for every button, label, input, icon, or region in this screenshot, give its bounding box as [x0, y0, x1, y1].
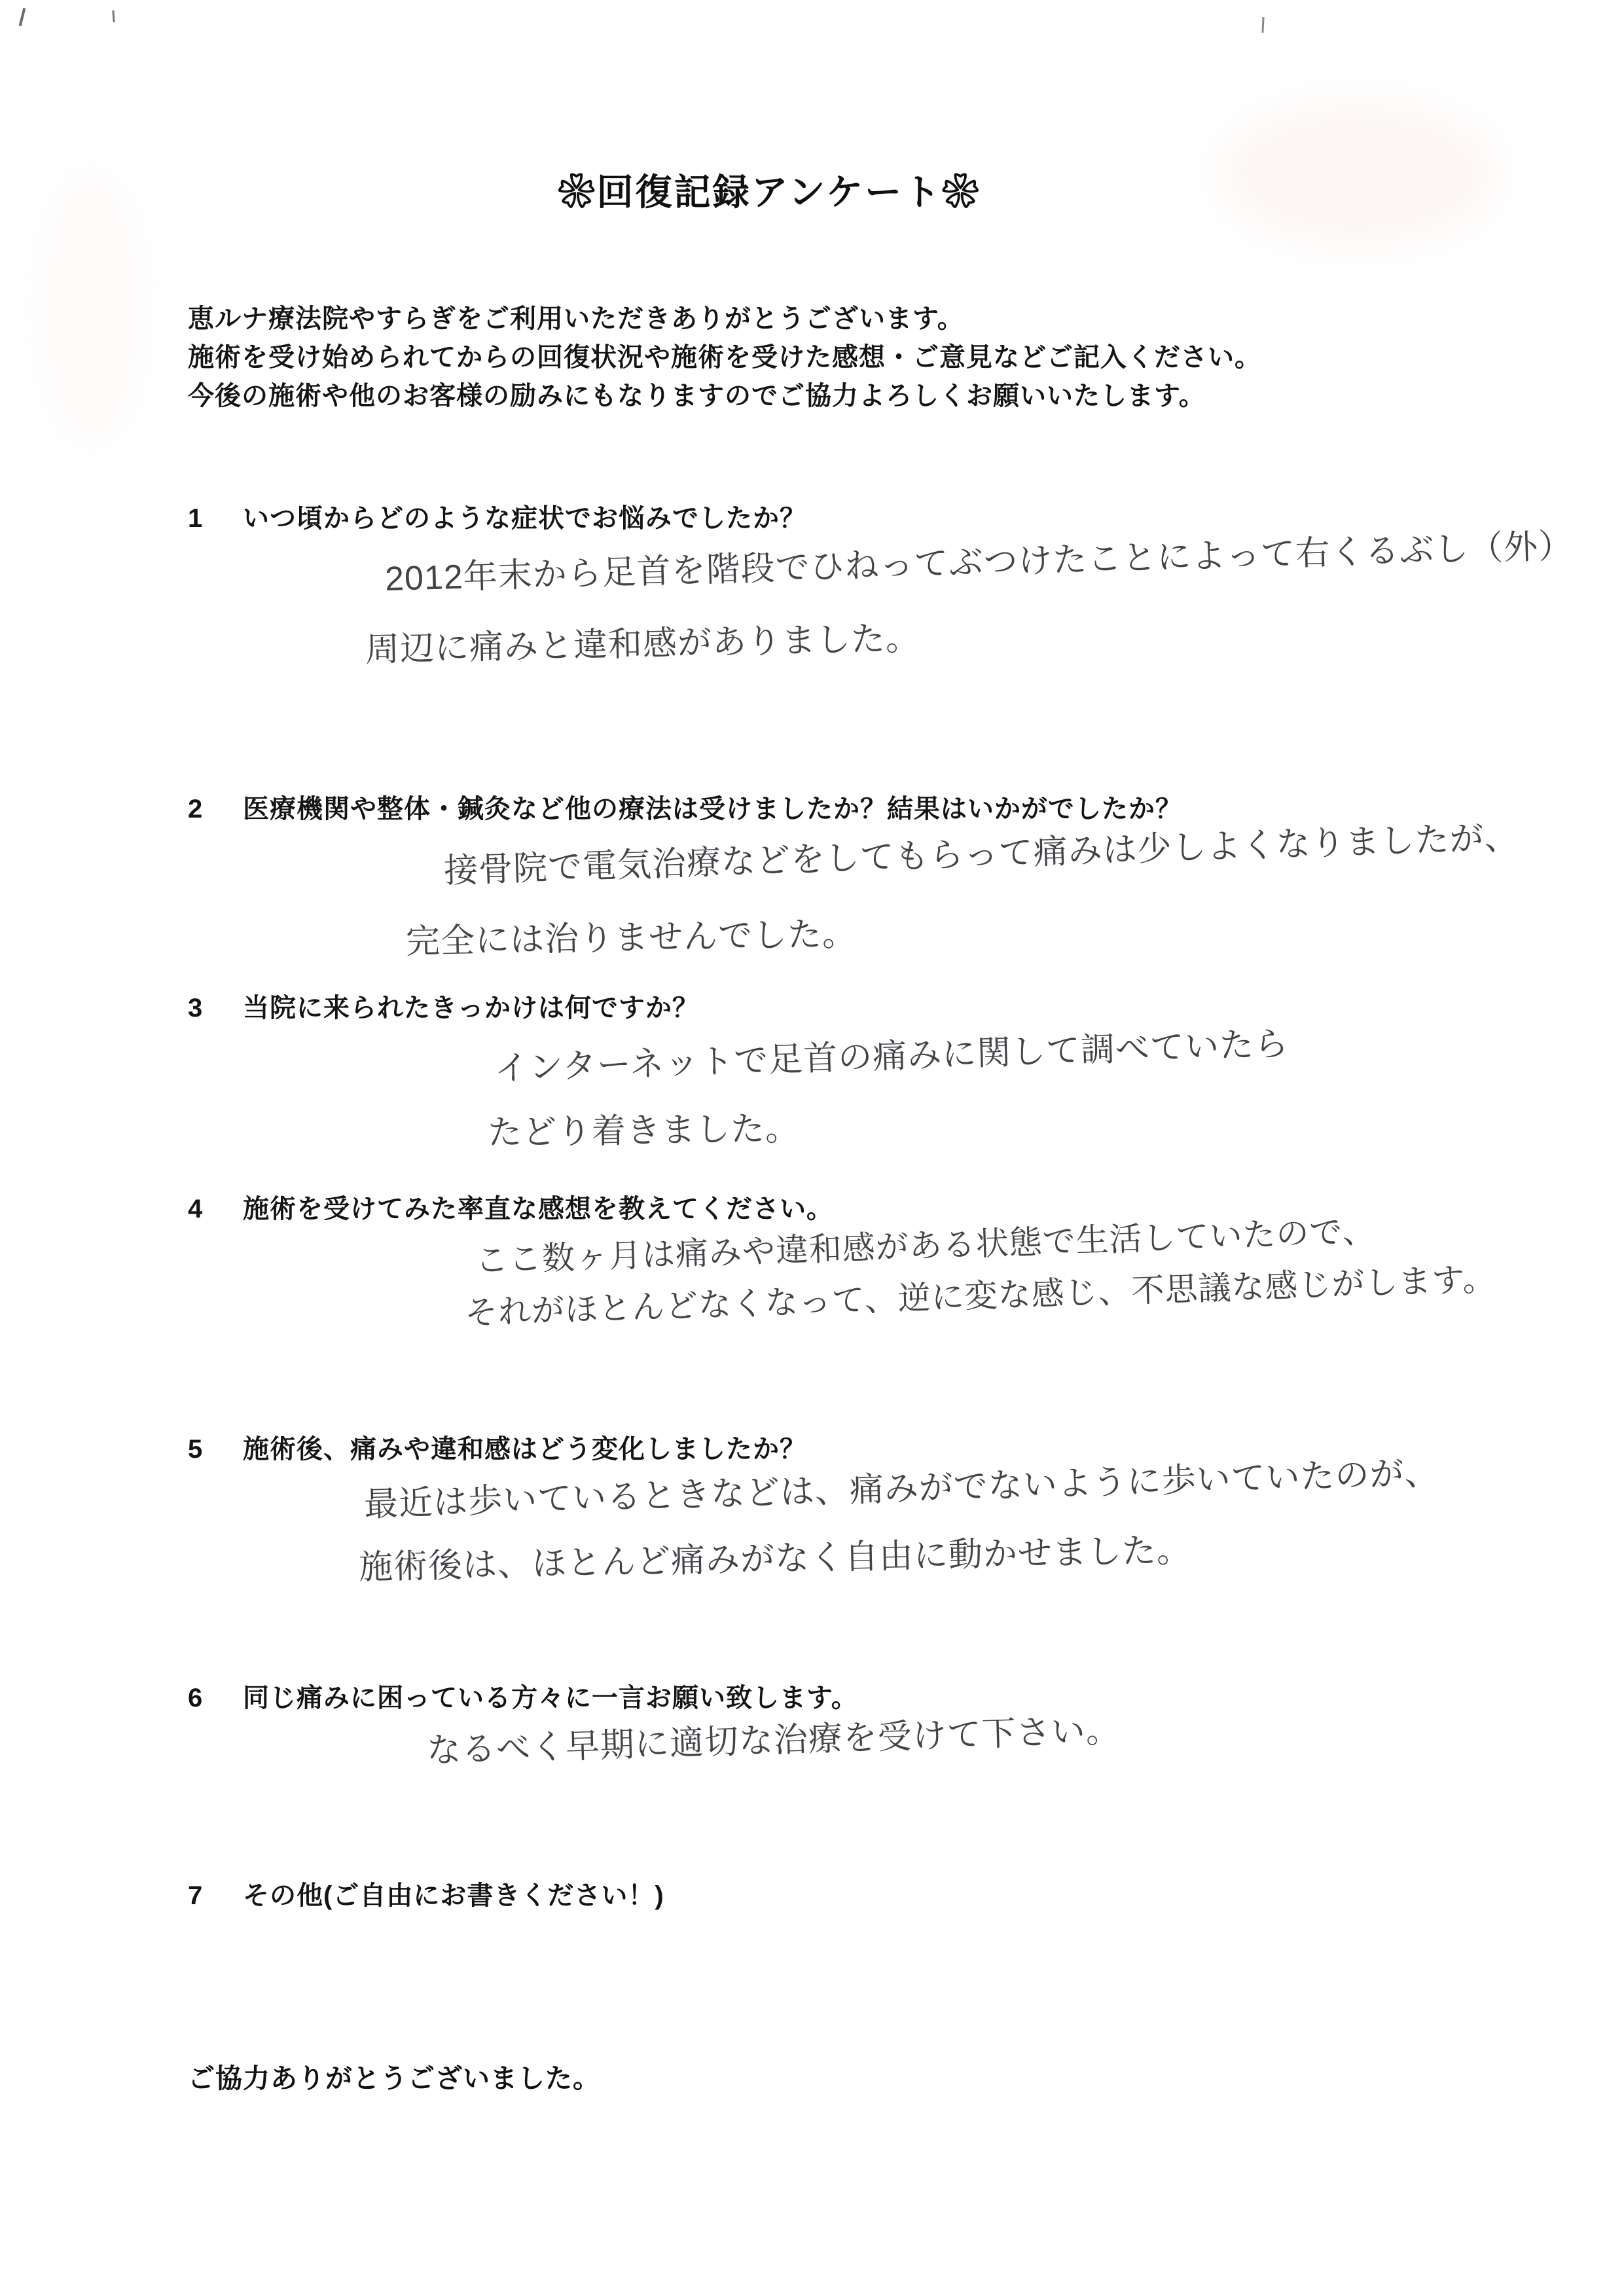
question-row-3: 3当院に来られたきっかけは何ですか？	[188, 987, 699, 1024]
scan-artifact	[112, 10, 115, 22]
question-row-4: 4施術を受けてみた率直な感想を教えてください。	[188, 1188, 833, 1225]
question-row-6: 6同じ痛みに困っている方々に一言お願い致します。	[188, 1677, 858, 1714]
question-text: その他(ご自由にお書きください！)	[243, 1881, 664, 1910]
question-number: 5	[188, 1435, 243, 1464]
question-text: 施術を受けてみた率直な感想を教えてください。	[243, 1195, 833, 1223]
questionnaire-scan-page: ❀回復記録アンケート❀ 恵ルナ療法院やすらぎをご利用いただきありがとうございます…	[0, 0, 1624, 2295]
closing-text: ご協力ありがとうございました。	[188, 2057, 600, 2095]
page-title: ❀回復記録アンケート❀	[0, 164, 1581, 216]
handwritten-answer-line: 周辺に痛みと違和感がありました。	[365, 610, 920, 671]
scan-artifact	[1261, 17, 1264, 33]
intro-line-3: 今後の施術や他のお客様の励みにもなりますのでご協力よろしくお願いいたします。	[188, 377, 1261, 416]
handwritten-answer-line: インターネットで足首の痛みに関して調べていたら	[494, 1016, 1290, 1090]
question-row-5: 5施術後、痛みや違和感はどう変化しましたか？	[188, 1428, 806, 1466]
scan-artifact	[19, 8, 26, 26]
question-text: いつ頃からどのような症状でお悩みでしたか？	[243, 504, 806, 533]
question-number: 6	[188, 1684, 243, 1713]
question-number: 1	[188, 504, 243, 533]
question-text: 当院に来られたきっかけは何ですか？	[243, 994, 699, 1022]
question-text: 同じ痛みに困っている方々に一言お願い致します。	[243, 1684, 858, 1712]
question-text: 施術後、痛みや違和感はどう変化しましたか？	[243, 1435, 806, 1464]
handwritten-answer-line: 完全には治りませんでした。	[405, 906, 857, 963]
intro-line-1: 恵ルナ療法院やすらぎをご利用いただきありがとうございます。	[188, 300, 1261, 338]
question-row-2: 2医療機関や整体・鍼灸など他の療法は受けましたか？結果はいかがでしたか？	[188, 788, 1182, 825]
question-number: 2	[188, 795, 243, 824]
question-row-7: 7その他(ご自由にお書きください！)	[188, 1875, 664, 1912]
question-text: 医療機関や整体・鍼灸など他の療法は受けましたか？結果はいかがでしたか？	[243, 795, 1182, 823]
question-row-1: 1いつ頃からどのような症状でお悩みでしたか？	[188, 497, 806, 535]
question-number: 3	[188, 994, 243, 1023]
intro-text: 恵ルナ療法院やすらぎをご利用いただきありがとうございます。 施術を受け始められて…	[188, 300, 1261, 416]
intro-line-2: 施術を受け始められてからの回復状況や施術を受けた感想・ご意見などご記入ください。	[188, 338, 1261, 377]
question-number: 4	[188, 1195, 243, 1224]
handwritten-answer-line: たどり着きました。	[487, 1100, 800, 1154]
handwritten-answer-line: 施術後は、ほとんど痛みがなく自由に動かせました。	[358, 1522, 1191, 1589]
question-number: 7	[188, 1881, 243, 1911]
